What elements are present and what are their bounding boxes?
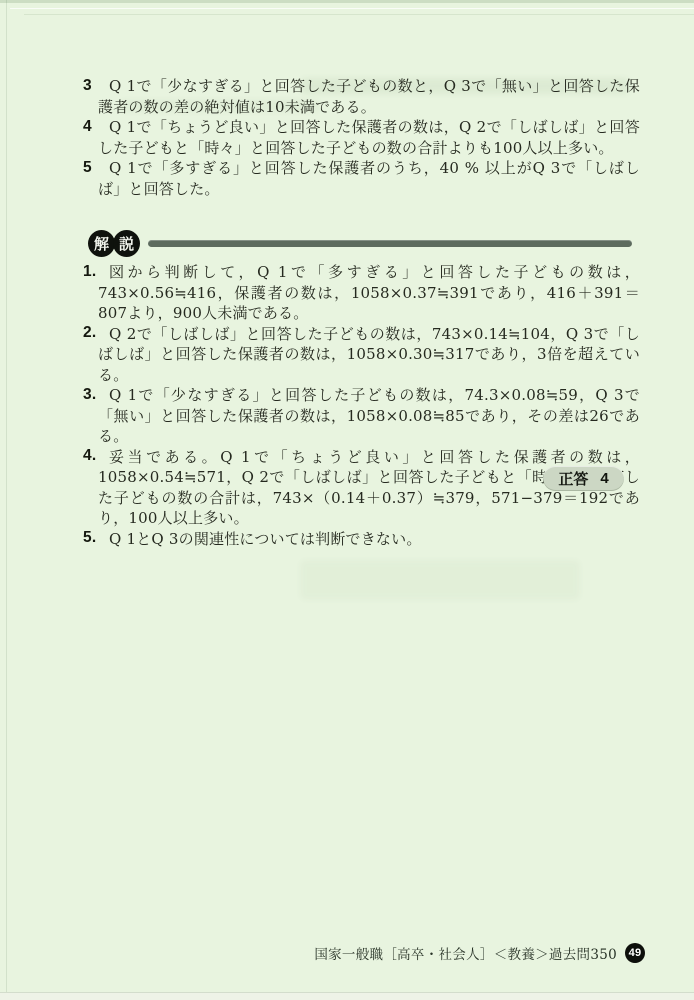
explanation-number: 4. <box>83 446 96 467</box>
kaisetsu-setsu-icon: 説 <box>113 230 140 257</box>
explanation-number: 2. <box>83 323 96 344</box>
page-footer: 国家一般職［高卒・社会人］＜教養＞過去問350 49 <box>314 943 645 963</box>
option-text: Q 1で「少なすぎる」と回答した子どもの数と，Q 3で「無い」と回答した保護者の… <box>98 77 640 116</box>
explanation-header: 解 説 <box>88 229 632 257</box>
explanation-text: 図から判断して，Q 1で「多すぎる」と回答した子どもの数は，743×0.56≒4… <box>98 263 640 322</box>
explanation-text: Q 2で「しばしば」と回答した子どもの数は，743×0.14≒104，Q 3で「… <box>98 325 640 384</box>
option-number: 4 <box>83 117 92 138</box>
kaisetsu-kai-icon: 解 <box>88 230 115 257</box>
answer-value: 4 <box>600 470 608 487</box>
option-item: 4Q 1で「ちょうど良い」と回答した保護者の数は，Q 2で「しばしば」と回答した… <box>98 117 640 158</box>
correct-answer-badge: 正答 4 <box>543 466 624 491</box>
explanation-item: 5.Q 1とQ 3の関連性については判断できない。 <box>98 529 640 550</box>
header-rule-bar <box>148 240 632 247</box>
explanation-item: 2.Q 2で「しばしば」と回答した子どもの数は，743×0.14≒104，Q 3… <box>98 324 640 386</box>
explanation-list: 1.図から判断して，Q 1で「多すぎる」と回答した子どもの数は，743×0.56… <box>0 262 694 549</box>
option-text: Q 1で「ちょうど良い」と回答した保護者の数は，Q 2で「しばしば」と回答した子… <box>98 118 640 157</box>
explanation-text: Q 1とQ 3の関連性については判断できない。 <box>109 530 422 548</box>
book-page: 3Q 1で「少なすぎる」と回答した子どもの数と，Q 3で「無い」と回答した保護者… <box>0 0 694 1000</box>
option-text: Q 1で「多すぎる」と回答した保護者のうち，40 % 以上がQ 3で「しばしば」… <box>98 159 640 198</box>
explanation-item: 1.図から判断して，Q 1で「多すぎる」と回答した子どもの数は，743×0.56… <box>98 262 640 324</box>
scan-artifact-top-line <box>10 8 694 9</box>
explanation-number: 5. <box>83 528 96 549</box>
explanation-text: Q 1で「少なすぎる」と回答した子どもの数は，74.3×0.08≒59，Q 3で… <box>98 386 640 445</box>
question-options: 3Q 1で「少なすぎる」と回答した子どもの数と，Q 3で「無い」と回答した保護者… <box>0 76 694 199</box>
explanation-item: 3.Q 1で「少なすぎる」と回答した子どもの数は，74.3×0.08≒59，Q … <box>98 385 640 447</box>
answer-label: 正答 <box>558 468 588 489</box>
scan-artifact-top-edge <box>0 0 694 3</box>
footer-series-title: 国家一般職［高卒・社会人］＜教養＞過去問350 <box>314 943 617 963</box>
page-number-badge: 49 <box>625 943 645 963</box>
scan-bleedthrough <box>300 560 580 600</box>
option-item: 3Q 1で「少なすぎる」と回答した子どもの数と，Q 3で「無い」と回答した保護者… <box>98 76 640 117</box>
scan-artifact-bottom-edge <box>0 992 694 1000</box>
option-number: 3 <box>83 76 92 97</box>
explanation-number: 1. <box>83 262 96 283</box>
option-number: 5 <box>83 158 92 179</box>
option-item: 5Q 1で「多すぎる」と回答した保護者のうち，40 % 以上がQ 3で「しばしば… <box>98 158 640 199</box>
explanation-number: 3. <box>83 385 96 406</box>
scan-artifact-top-line-2 <box>24 14 694 15</box>
